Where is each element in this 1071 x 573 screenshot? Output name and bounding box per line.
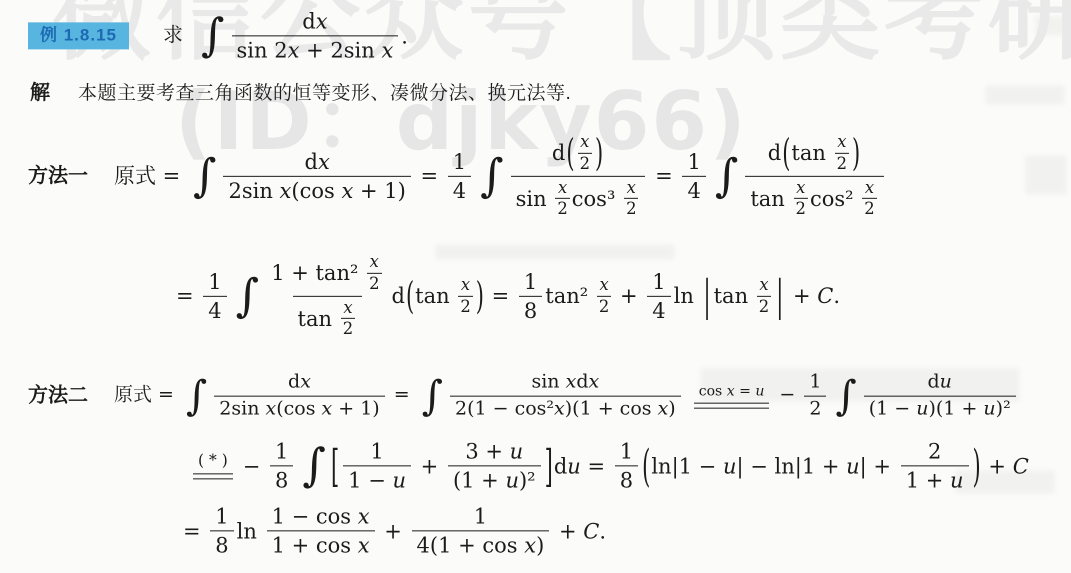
solution-text: 本题主要考查三角函数的恒等变形、凑微分法、换元法等. (78, 78, 571, 105)
method1-equation-line2: = 14∫1 + tan² x2tan x2d(tan x2) = 18tan²… (176, 253, 840, 339)
method1-label: 方法一 (28, 165, 88, 188)
solution-intro-row: 解 本题主要考查三角函数的恒等变形、凑微分法、换元法等. (30, 76, 571, 105)
method2-label: 方法二 (28, 385, 88, 408)
method1-row1: 方法一 原式 = ∫dx2sin x(cos x + 1) = 14∫d(x2)… (28, 133, 887, 219)
example-prompt: 求 (163, 25, 183, 48)
method2-equation-line2: ( * )− 18∫[11 − u + 3 + u(1 + u)²]du = 1… (183, 439, 1029, 492)
method1-equation-line1: 原式 = ∫dx2sin x(cos x + 1) = 14∫d(x2)sin … (114, 133, 887, 219)
method2-row3: = 18ln 1 − cos x1 + cos x + 14(1 + cos x… (183, 504, 606, 557)
method2-equation-line1: 原式 = ∫dx2sin x(cos x + 1) = ∫sin xdx2(1 … (114, 372, 1019, 421)
textbook-page: 微信公众号【顶类考研】 (ID：djky66) 例 1.8.15 求 ∫dxsi… (0, 0, 1071, 573)
method2-equation-line3: = 18ln 1 − cos x1 + cos x + 14(1 + cos x… (183, 504, 606, 557)
content-layer: 例 1.8.15 求 ∫dxsin 2x + 2sin x. 解 本题主要考查三… (0, 0, 1071, 573)
example-badge: 例 1.8.15 (28, 23, 129, 50)
problem-formula: ∫dxsin 2x + 2sin x. (195, 9, 408, 62)
solution-label: 解 (30, 76, 50, 105)
method2-row1: 方法二 原式 = ∫dx2sin x(cos x + 1) = ∫sin xdx… (28, 372, 1019, 421)
example-header-row: 例 1.8.15 求 ∫dxsin 2x + 2sin x. (28, 9, 408, 62)
method2-row2: ( * )− 18∫[11 − u + 3 + u(1 + u)²]du = 1… (183, 439, 1029, 492)
method1-row2: = 14∫1 + tan² x2tan x2d(tan x2) = 18tan²… (176, 253, 840, 339)
